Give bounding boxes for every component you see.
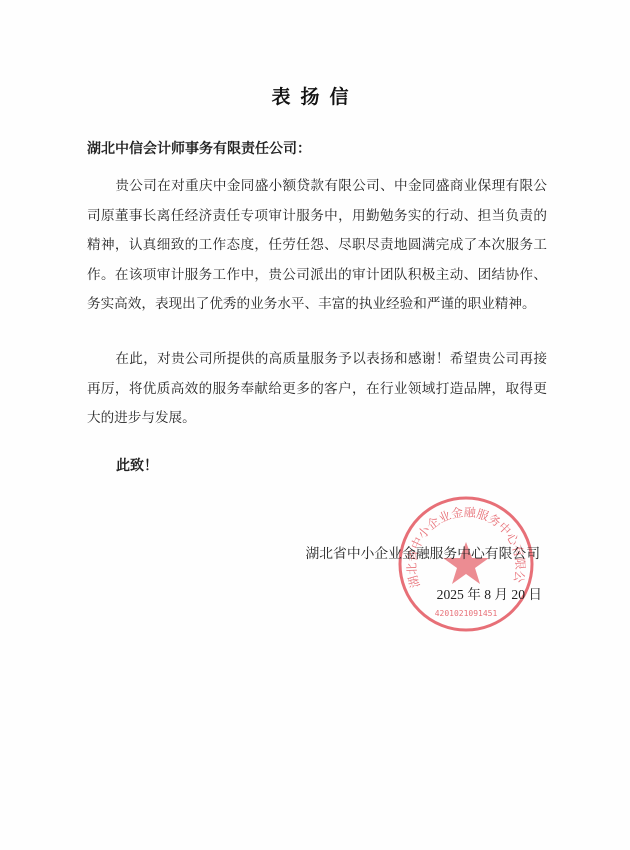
salutation: 湖北中信会计师事务有限责任公司： — [87, 138, 311, 158]
official-seal-icon: 湖北省中小企业金融服务中心有限公司 4201021091451 — [396, 494, 536, 634]
body-paragraph-2: 在此，对贵公司所提供的高质量服务予以表扬和感谢！希望贵公司再接再厉，将优质高效的… — [87, 345, 547, 434]
body-paragraph-1: 贵公司在对重庆中金同盛小额贷款有限公司、中金同盛商业保理有限公司原董事长离任经济… — [87, 172, 547, 320]
letter-title: 表扬信 — [0, 82, 630, 109]
paragraph-text: 在此，对贵公司所提供的高质量服务予以表扬和感谢！希望贵公司再接再厉，将优质高效的… — [87, 351, 547, 426]
signature-organization: 湖北省中小企业金融服务中心有限公司 — [305, 542, 540, 562]
paragraph-text: 贵公司在对重庆中金同盛小额贷款有限公司、中金同盛商业保理有限公司原董事长离任经济… — [87, 178, 547, 312]
signature-date: 2025 年 8 月 20 日 — [437, 583, 542, 603]
seal-number: 4201021091451 — [435, 609, 498, 618]
closing: 此致！ — [116, 455, 158, 475]
